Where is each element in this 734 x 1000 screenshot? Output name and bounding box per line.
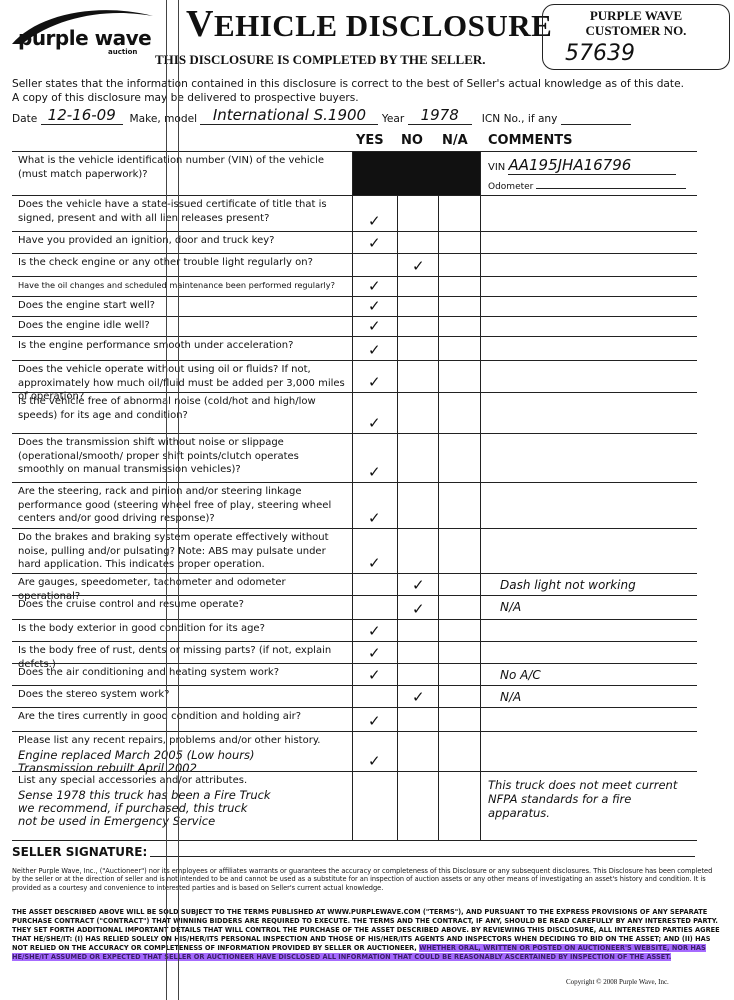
date-field[interactable]: 12-16-09 xyxy=(41,106,123,125)
year-field[interactable]: 1978 xyxy=(408,106,472,125)
comment-text[interactable]: Dash light not working xyxy=(500,578,636,592)
column-divider xyxy=(480,642,481,663)
column-divider xyxy=(352,642,353,663)
column-divider xyxy=(397,297,398,316)
checkmark-yes-icon[interactable]: ✓ xyxy=(368,277,381,295)
disclaimer-paragraph: Neither Purple Wave, Inc., ("Auctioneer"… xyxy=(12,867,722,892)
table-row: List any special accessories and/or attr… xyxy=(12,771,697,841)
column-divider xyxy=(352,596,353,619)
question-text: Is the check engine or any other trouble… xyxy=(12,254,352,272)
table-row: Please list any recent repairs, problems… xyxy=(12,731,697,771)
column-divider xyxy=(352,254,353,276)
intro-statement: Seller states that the information conta… xyxy=(12,78,684,105)
logo-subtext: auction xyxy=(108,48,137,56)
table-row: Does the cruise control and resume opera… xyxy=(12,595,697,619)
column-divider xyxy=(397,708,398,731)
table-row: Does the air conditioning and heating sy… xyxy=(12,663,697,685)
blacked-out-cells xyxy=(353,152,480,195)
column-divider xyxy=(438,393,439,433)
comment-text[interactable]: N/A xyxy=(500,690,521,704)
column-divider xyxy=(397,596,398,619)
column-divider xyxy=(480,620,481,641)
column-divider xyxy=(480,529,481,573)
table-row: Is the body exterior in good condition f… xyxy=(12,619,697,641)
question-text: Does the engine start well? xyxy=(12,297,352,315)
column-divider xyxy=(480,596,481,619)
column-divider xyxy=(397,529,398,573)
column-divider xyxy=(352,361,353,392)
vin-field[interactable]: VIN AA195JHA16796 xyxy=(488,156,676,175)
header-no: NO xyxy=(401,133,423,151)
column-divider xyxy=(480,708,481,731)
icn-field[interactable] xyxy=(561,106,631,125)
column-divider xyxy=(397,732,398,771)
question-text: Please list any recent repairs, problems… xyxy=(12,732,352,750)
table-row: What is the vehicle identification numbe… xyxy=(12,151,697,195)
column-divider xyxy=(397,277,398,296)
checkmark-yes-icon[interactable]: ✓ xyxy=(368,666,381,684)
column-divider xyxy=(352,483,353,528)
page-title: VEHICLE DISCLOSURE xyxy=(186,2,552,46)
checkmark-yes-icon[interactable]: ✓ xyxy=(368,414,381,432)
column-divider xyxy=(397,483,398,528)
header-yes: YES xyxy=(356,133,384,151)
header-na: N/A xyxy=(442,133,468,151)
table-row: Have you provided an ignition, door and … xyxy=(12,231,697,253)
customer-number-label: PURPLE WAVECUSTOMER NO. xyxy=(543,8,729,38)
column-divider xyxy=(438,297,439,316)
column-divider xyxy=(480,152,481,195)
column-divider xyxy=(397,393,398,433)
table-row: Does the vehicle operate without using o… xyxy=(12,360,697,392)
checkmark-yes-icon[interactable]: ✓ xyxy=(368,317,381,335)
column-divider xyxy=(397,664,398,685)
column-divider xyxy=(480,317,481,336)
checkmark-yes-icon[interactable]: ✓ xyxy=(368,212,381,230)
checkmark-yes-icon[interactable]: ✓ xyxy=(368,463,381,481)
column-divider xyxy=(352,434,353,482)
checkmark-yes-icon[interactable]: ✓ xyxy=(368,644,381,662)
column-divider xyxy=(438,596,439,619)
column-divider xyxy=(438,483,439,528)
column-divider xyxy=(438,686,439,707)
handwritten-line[interactable]: not be used in Emergency Service xyxy=(18,814,215,828)
table-row: Does the vehicle have a state-issued cer… xyxy=(12,195,697,231)
column-divider xyxy=(397,434,398,482)
checkmark-yes-icon[interactable]: ✓ xyxy=(368,622,381,640)
column-divider xyxy=(480,664,481,685)
column-divider xyxy=(438,574,439,595)
column-divider xyxy=(438,708,439,731)
question-text: Do the brakes and braking system operate… xyxy=(12,529,352,574)
table-row: Are the steering, rack and pinion and/or… xyxy=(12,482,697,528)
checkmark-yes-icon[interactable]: ✓ xyxy=(368,341,381,359)
column-divider xyxy=(352,393,353,433)
column-divider xyxy=(352,772,353,840)
handwritten-line[interactable]: Sense 1978 this truck has been a Fire Tr… xyxy=(18,788,271,802)
column-divider xyxy=(480,297,481,316)
checkmark-no-icon[interactable]: ✓ xyxy=(412,257,425,275)
column-divider xyxy=(480,732,481,771)
column-divider xyxy=(480,434,481,482)
question-text: Is the body exterior in good condition f… xyxy=(12,620,352,638)
vehicle-info-line: Date 12-16-09 Make, model International … xyxy=(12,106,722,126)
column-divider xyxy=(397,337,398,360)
column-divider xyxy=(438,642,439,663)
question-text: List any special accessories and/or attr… xyxy=(12,772,352,790)
column-divider xyxy=(438,254,439,276)
checkmark-yes-icon[interactable]: ✓ xyxy=(368,712,381,730)
table-row: Is the engine performance smooth under a… xyxy=(12,336,697,360)
column-divider xyxy=(480,393,481,433)
column-divider xyxy=(352,529,353,573)
question-text: Are the steering, rack and pinion and/or… xyxy=(12,483,352,528)
customer-number-box: PURPLE WAVECUSTOMER NO. 57639 xyxy=(542,4,730,70)
column-divider xyxy=(438,277,439,296)
column-divider xyxy=(352,277,353,296)
table-row: Does the transmission shift without nois… xyxy=(12,433,697,482)
column-divider xyxy=(352,620,353,641)
question-text: Is the vehicle free of abnormal noise (c… xyxy=(12,393,352,424)
column-divider xyxy=(352,686,353,707)
column-divider xyxy=(438,361,439,392)
scan-fold-line xyxy=(178,0,179,1000)
handwritten-line[interactable]: Engine replaced March 2005 (Low hours) xyxy=(18,748,254,762)
question-text: Does the transmission shift without nois… xyxy=(12,434,352,479)
column-divider xyxy=(397,642,398,663)
checkmark-no-icon[interactable]: ✓ xyxy=(412,576,425,594)
column-divider xyxy=(438,772,439,840)
column-divider xyxy=(480,574,481,595)
column-divider xyxy=(480,277,481,296)
checkmark-yes-icon[interactable]: ✓ xyxy=(368,234,381,252)
odometer-field[interactable]: Odometer xyxy=(488,178,686,192)
comment-text[interactable]: N/A xyxy=(500,600,521,614)
checkmark-yes-icon[interactable]: ✓ xyxy=(368,554,381,572)
column-divider xyxy=(438,434,439,482)
column-divider xyxy=(438,664,439,685)
column-divider xyxy=(480,337,481,360)
comment-text[interactable]: This truck does not meet current NFPA st… xyxy=(488,778,693,820)
column-divider xyxy=(480,361,481,392)
column-divider xyxy=(438,337,439,360)
column-divider xyxy=(397,620,398,641)
checkmark-yes-icon[interactable]: ✓ xyxy=(368,509,381,527)
column-divider xyxy=(480,254,481,276)
checkmark-yes-icon[interactable]: ✓ xyxy=(368,373,381,391)
table-row: Have the oil changes and scheduled maint… xyxy=(12,276,697,296)
column-divider xyxy=(397,232,398,253)
question-text: Have you provided an ignition, door and … xyxy=(12,232,352,250)
customer-number-value[interactable]: 57639 xyxy=(565,41,635,66)
logo-text: purple wave xyxy=(18,26,151,50)
column-divider xyxy=(438,732,439,771)
column-divider xyxy=(352,337,353,360)
question-text: Are the tires currently in good conditio… xyxy=(12,708,352,726)
handwritten-line[interactable]: we recommend, if purchased, this truck xyxy=(18,801,247,815)
column-divider xyxy=(352,732,353,771)
question-text: Does the air conditioning and heating sy… xyxy=(12,664,352,682)
comment-text[interactable]: No A/C xyxy=(500,668,541,682)
header-comments: COMMENTS xyxy=(488,133,572,151)
column-divider xyxy=(352,708,353,731)
column-divider xyxy=(480,232,481,253)
column-divider xyxy=(352,574,353,595)
column-divider xyxy=(397,772,398,840)
copyright: Copyright © 2008 Purple Wave, Inc. xyxy=(566,978,669,986)
column-divider xyxy=(397,196,398,231)
column-divider xyxy=(352,664,353,685)
make-model-field[interactable]: International S.1900 xyxy=(200,106,378,125)
column-divider xyxy=(397,254,398,276)
checkmark-yes-icon[interactable]: ✓ xyxy=(368,297,381,315)
question-text: Does the cruise control and resume opera… xyxy=(12,596,352,614)
column-divider xyxy=(352,317,353,336)
column-divider xyxy=(480,686,481,707)
column-divider xyxy=(480,483,481,528)
table-row: Is the check engine or any other trouble… xyxy=(12,253,697,276)
column-divider xyxy=(438,232,439,253)
question-text: Does the vehicle have a state-issued cer… xyxy=(12,196,352,227)
seller-signature-field[interactable] xyxy=(150,856,695,857)
column-divider xyxy=(480,772,481,840)
column-divider xyxy=(438,620,439,641)
page-subtitle: THIS DISCLOSURE IS COMPLETED BY THE SELL… xyxy=(155,52,486,68)
question-text: Does the engine idle well? xyxy=(12,317,352,335)
checkmark-no-icon[interactable]: ✓ xyxy=(412,600,425,618)
table-row: Does the engine idle well?✓ xyxy=(12,316,697,336)
column-divider xyxy=(397,317,398,336)
column-divider xyxy=(352,232,353,253)
checkmark-no-icon[interactable]: ✓ xyxy=(412,688,425,706)
column-divider xyxy=(352,297,353,316)
table-row: Does the engine start well?✓ xyxy=(12,296,697,316)
question-text: Have the oil changes and scheduled maint… xyxy=(12,277,352,295)
seller-signature-label: SELLER SIGNATURE: xyxy=(12,845,147,859)
table-row: Do the brakes and braking system operate… xyxy=(12,528,697,573)
table-row: Does the stereo system work?✓N/A xyxy=(12,685,697,707)
checkmark-yes-icon[interactable]: ✓ xyxy=(368,752,381,770)
column-divider xyxy=(397,574,398,595)
table-row: Is the body free of rust, dents or missi… xyxy=(12,641,697,663)
table-row: Are the tires currently in good conditio… xyxy=(12,707,697,731)
column-divider xyxy=(438,196,439,231)
question-text: Does the stereo system work? xyxy=(12,686,352,704)
question-text: What is the vehicle identification numbe… xyxy=(12,152,352,183)
column-divider xyxy=(352,196,353,231)
column-divider xyxy=(397,686,398,707)
table-row: Are gauges, speedometer, tachometer and … xyxy=(12,573,697,595)
question-text: Is the engine performance smooth under a… xyxy=(12,337,352,355)
column-divider xyxy=(438,529,439,573)
column-divider xyxy=(480,196,481,231)
table-row: Is the vehicle free of abnormal noise (c… xyxy=(12,392,697,433)
scan-fold-line xyxy=(166,0,167,1000)
column-divider xyxy=(438,317,439,336)
column-divider xyxy=(397,361,398,392)
purple-wave-logo: purple wave auction xyxy=(8,4,168,54)
terms-paragraph: THE ASSET DESCRIBED ABOVE WILL BE SOLD S… xyxy=(12,908,722,961)
